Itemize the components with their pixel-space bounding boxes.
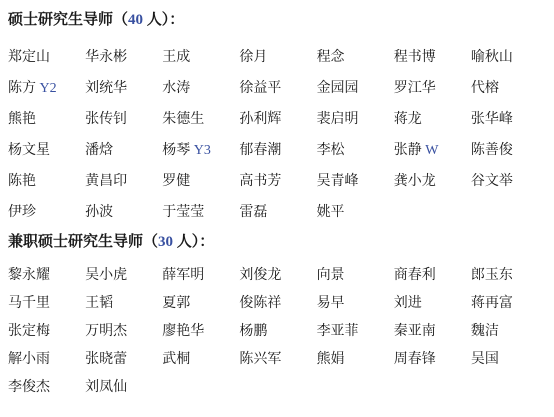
adjunct-supervisors-heading: 兼职硕士研究生导师（30 人）：	[8, 233, 548, 252]
supervisor-name: 向景	[317, 264, 394, 284]
latin-annotation: 40	[128, 12, 143, 28]
supervisor-name: 魏洁	[471, 320, 548, 340]
supervisor-name: 陈兴军	[239, 348, 316, 368]
supervisor-name: 裴启明	[317, 108, 394, 128]
supervisor-name-row: 黎永耀吴小虎薛军明刘俊龙向景商春利郎玉东	[8, 260, 548, 288]
supervisor-list-document: 硕士研究生导师（40 人）： 郑定山华永彬王成徐月程念程书博喻秋山陈方 Y2刘统…	[0, 0, 554, 400]
supervisor-name-row: 马千里王韬夏郭俊陈祥易早刘进蒋再富	[8, 288, 548, 316]
supervisor-name: 王成	[162, 46, 239, 66]
supervisor-name-row: 杨文星潘焓杨琴 Y3郁春潮李松张静 W陈善俊	[8, 133, 548, 164]
supervisor-name: 雷磊	[239, 201, 316, 221]
adjunct-supervisors-name-grid: 黎永耀吴小虎薛军明刘俊龙向景商春利郎玉东马千里王韬夏郭俊陈祥易早刘进蒋再富张定梅…	[8, 260, 548, 400]
supervisor-name: 罗江华	[394, 77, 471, 97]
supervisor-name: 薛军明	[162, 264, 239, 284]
supervisor-name: 李俊杰	[8, 376, 85, 396]
supervisor-name: 高书芳	[239, 170, 316, 190]
supervisor-name: 张静 W	[394, 139, 471, 159]
supervisor-name: 杨琴 Y3	[162, 139, 239, 159]
supervisor-name: 郎玉东	[471, 264, 548, 284]
supervisor-name: 张华峰	[471, 108, 548, 128]
supervisor-name: 陈艳	[8, 170, 85, 190]
supervisor-name: 水涛	[162, 77, 239, 97]
supervisor-name: 孙波	[85, 201, 162, 221]
supervisor-name: 张传钊	[85, 108, 162, 128]
supervisor-name: 伊珍	[8, 201, 85, 221]
supervisor-name: 龚小龙	[394, 170, 471, 190]
supervisor-name: 商春利	[394, 264, 471, 284]
supervisor-name: 俊陈祥	[239, 292, 316, 312]
supervisor-name: 王韬	[85, 292, 162, 312]
supervisor-name: 熊娟	[317, 348, 394, 368]
supervisor-name-row: 李俊杰刘凤仙	[8, 372, 548, 400]
latin-annotation: W	[425, 143, 438, 158]
latin-annotation: Y3	[194, 143, 211, 158]
latin-annotation: 30	[158, 234, 173, 250]
supervisor-name: 杨文星	[8, 139, 85, 159]
supervisor-name: 黎永耀	[8, 264, 85, 284]
supervisor-name: 喻秋山	[471, 46, 548, 66]
supervisor-name: 姚平	[317, 201, 394, 221]
supervisor-name: 代榕	[471, 77, 548, 97]
supervisor-name: 罗健	[162, 170, 239, 190]
supervisor-name: 武桐	[162, 348, 239, 368]
supervisor-name: 周春锋	[394, 348, 471, 368]
supervisor-name: 夏郭	[162, 292, 239, 312]
supervisor-name: 蒋再富	[471, 292, 548, 312]
supervisor-name: 万明杰	[85, 320, 162, 340]
supervisor-name: 马千里	[8, 292, 85, 312]
section-adjunct-supervisors: 兼职硕士研究生导师（30 人）： 黎永耀吴小虎薛军明刘俊龙向景商春利郎玉东马千里…	[8, 233, 548, 400]
supervisor-name: 刘统华	[85, 77, 162, 97]
latin-annotation: Y2	[40, 81, 57, 96]
supervisor-name: 郑定山	[8, 46, 85, 66]
supervisor-name-row: 陈方 Y2刘统华水涛徐益平金园园罗江华代榕	[8, 71, 548, 102]
supervisor-name: 吴青峰	[317, 170, 394, 190]
supervisor-name: 金园园	[317, 77, 394, 97]
supervisor-name: 刘凤仙	[85, 376, 162, 396]
supervisor-name: 吴小虎	[85, 264, 162, 284]
supervisor-name: 孙利辉	[239, 108, 316, 128]
supervisor-name-row: 熊艳张传钊朱德生孙利辉裴启明蒋龙张华峰	[8, 102, 548, 133]
supervisor-name: 秦亚南	[394, 320, 471, 340]
supervisor-name-row: 张定梅万明杰廖艳华杨鹏李亚菲秦亚南魏洁	[8, 316, 548, 344]
section-masters-supervisors: 硕士研究生导师（40 人）： 郑定山华永彬王成徐月程念程书博喻秋山陈方 Y2刘统…	[8, 11, 548, 226]
supervisor-name: 李松	[317, 139, 394, 159]
supervisor-name: 熊艳	[8, 108, 85, 128]
supervisor-name: 郁春潮	[239, 139, 316, 159]
supervisor-name: 杨鹏	[239, 320, 316, 340]
supervisor-name: 潘焓	[85, 139, 162, 159]
supervisor-name-row: 解小雨张晓蕾武桐陈兴军熊娟周春锋吴国	[8, 344, 548, 372]
supervisor-name: 徐月	[239, 46, 316, 66]
supervisor-name: 陈善俊	[471, 139, 548, 159]
supervisor-name: 蒋龙	[394, 108, 471, 128]
supervisor-name: 于莹莹	[162, 201, 239, 221]
supervisor-name: 李亚菲	[317, 320, 394, 340]
supervisor-name: 陈方 Y2	[8, 77, 85, 97]
supervisor-name: 刘进	[394, 292, 471, 312]
supervisor-name: 谷文举	[471, 170, 548, 190]
supervisor-name-row: 伊珍孙波于莹莹雷磊姚平	[8, 195, 548, 226]
supervisor-name: 刘俊龙	[239, 264, 316, 284]
supervisor-name: 程书博	[394, 46, 471, 66]
supervisor-name: 程念	[317, 46, 394, 66]
supervisor-name: 张定梅	[8, 320, 85, 340]
supervisor-name: 朱德生	[162, 108, 239, 128]
supervisor-name: 廖艳华	[162, 320, 239, 340]
supervisor-name: 吴国	[471, 348, 548, 368]
supervisor-name-row: 陈艳黄昌印罗健高书芳吴青峰龚小龙谷文举	[8, 164, 548, 195]
masters-supervisors-name-grid: 郑定山华永彬王成徐月程念程书博喻秋山陈方 Y2刘统华水涛徐益平金园园罗江华代榕熊…	[8, 40, 548, 226]
supervisor-name: 华永彬	[85, 46, 162, 66]
masters-supervisors-heading: 硕士研究生导师（40 人）：	[8, 11, 548, 30]
supervisor-name: 张晓蕾	[85, 348, 162, 368]
supervisor-name: 易早	[317, 292, 394, 312]
supervisor-name-row: 郑定山华永彬王成徐月程念程书博喻秋山	[8, 40, 548, 71]
supervisor-name: 徐益平	[239, 77, 316, 97]
supervisor-name: 解小雨	[8, 348, 85, 368]
supervisor-name: 黄昌印	[85, 170, 162, 190]
